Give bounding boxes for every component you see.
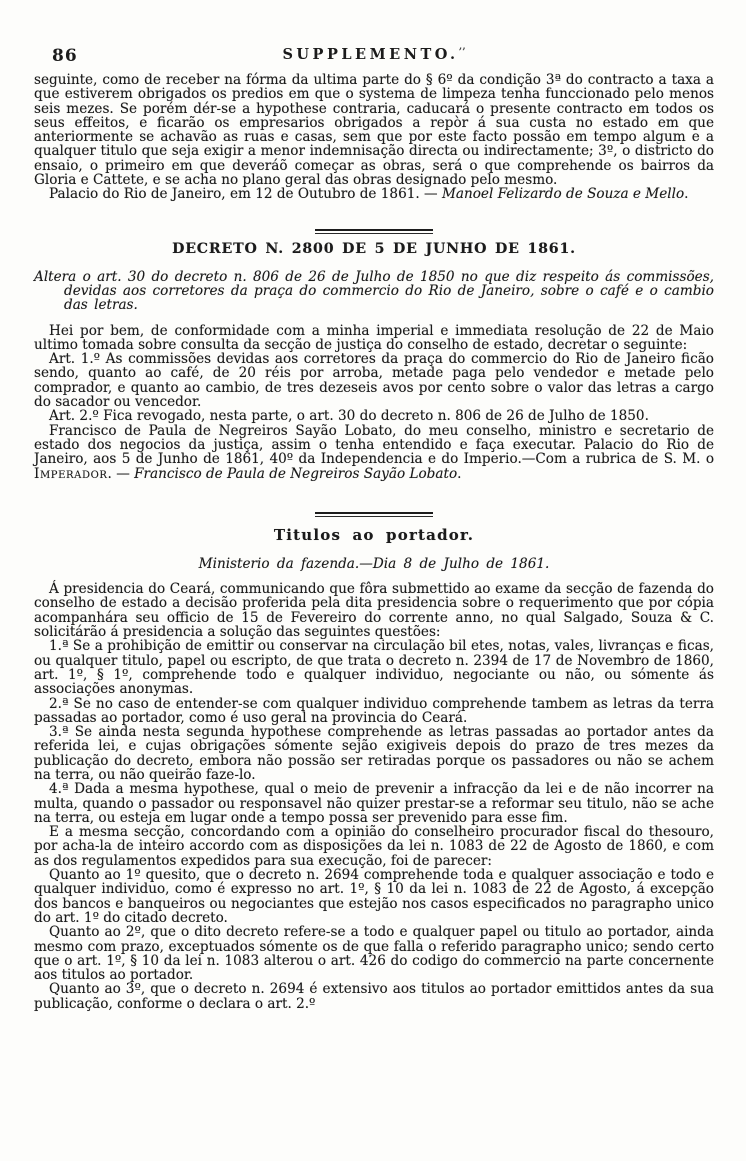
section-divider [315, 512, 433, 517]
scanned-document-page: 86 SUPPLEMENTO.’’ seguinte, como de rece… [0, 0, 746, 1161]
opinion-paragraph: E a mesma secção, concordando com a opin… [34, 825, 714, 868]
signature-period: . [684, 186, 688, 202]
continuation-paragraph: seguinte, como de receber na fórma da ul… [34, 73, 714, 187]
ministry-dateline: Ministerio da fazenda.—Dia 8 de Julho de… [34, 557, 714, 571]
decree-closing-text: Francisco de Paula de Negreiros Sayão Lo… [34, 423, 714, 468]
question-4: 4.ª Dada a mesma hypothese, qual o meio … [34, 782, 714, 825]
minister-signatory-name: Francisco de Paula de Negreiros Sayão Lo… [134, 466, 457, 482]
titulos-paragraph: Á presidencia do Ceará, communicando que… [34, 582, 714, 639]
signature-date: Palacio do Rio de Janeiro, em 12 de Outu… [49, 186, 442, 202]
decree-heading: DECRETO N. 2800 DE 5 DE JUNHO DE 1861. [34, 241, 714, 257]
answer-3: Quanto ao 3º, que o decreto n. 2694 é ex… [34, 982, 714, 1011]
question-3: 3.ª Se ainda nesta segunda hypothese com… [34, 725, 714, 782]
decree-closing-dash: . — [108, 466, 135, 482]
answer-1: Quanto ao 1º quesito, que o decreto n. 2… [34, 868, 714, 925]
decree-summary: Altera o art. 30 do decreto n. 806 de 26… [34, 270, 714, 313]
decree-paragraph: Hei por bem, de conformidade com a minha… [34, 324, 714, 353]
question-2: 2.ª Se no caso de entender-se com qualqu… [34, 697, 714, 726]
decree-closing-paragraph: Francisco de Paula de Negreiros Sayão Lo… [34, 424, 714, 481]
titulos-heading: Titulos ao portador. [34, 526, 714, 544]
publication-title-text: SUPPLEMENTO. [282, 46, 458, 63]
answer-2: Quanto ao 2º, que o dito decreto refere-… [34, 925, 714, 982]
emperor-smallcaps: Imperador [34, 466, 108, 482]
section-divider [315, 229, 433, 234]
decree-article-2: Art. 2.º Fica revogado, nesta parte, o a… [34, 409, 714, 423]
decree-article-1: Art. 1.º As commissões devidas aos corre… [34, 352, 714, 409]
signatory-name: Manoel Felizardo de Souza e Mello [442, 186, 684, 202]
print-artifact-marks: ’’ [459, 47, 466, 58]
decree-closing-period: . [457, 466, 461, 482]
page-header: 86 SUPPLEMENTO.’’ [34, 46, 714, 64]
page-body: seguinte, como de receber na fórma da ul… [34, 73, 714, 1011]
page-number: 86 [52, 46, 78, 66]
publication-title: SUPPLEMENTO.’’ [34, 46, 714, 63]
signature-paragraph: Palacio do Rio de Janeiro, em 12 de Outu… [34, 187, 714, 201]
question-1: 1.ª Se a prohibição de emittir ou conser… [34, 639, 714, 696]
